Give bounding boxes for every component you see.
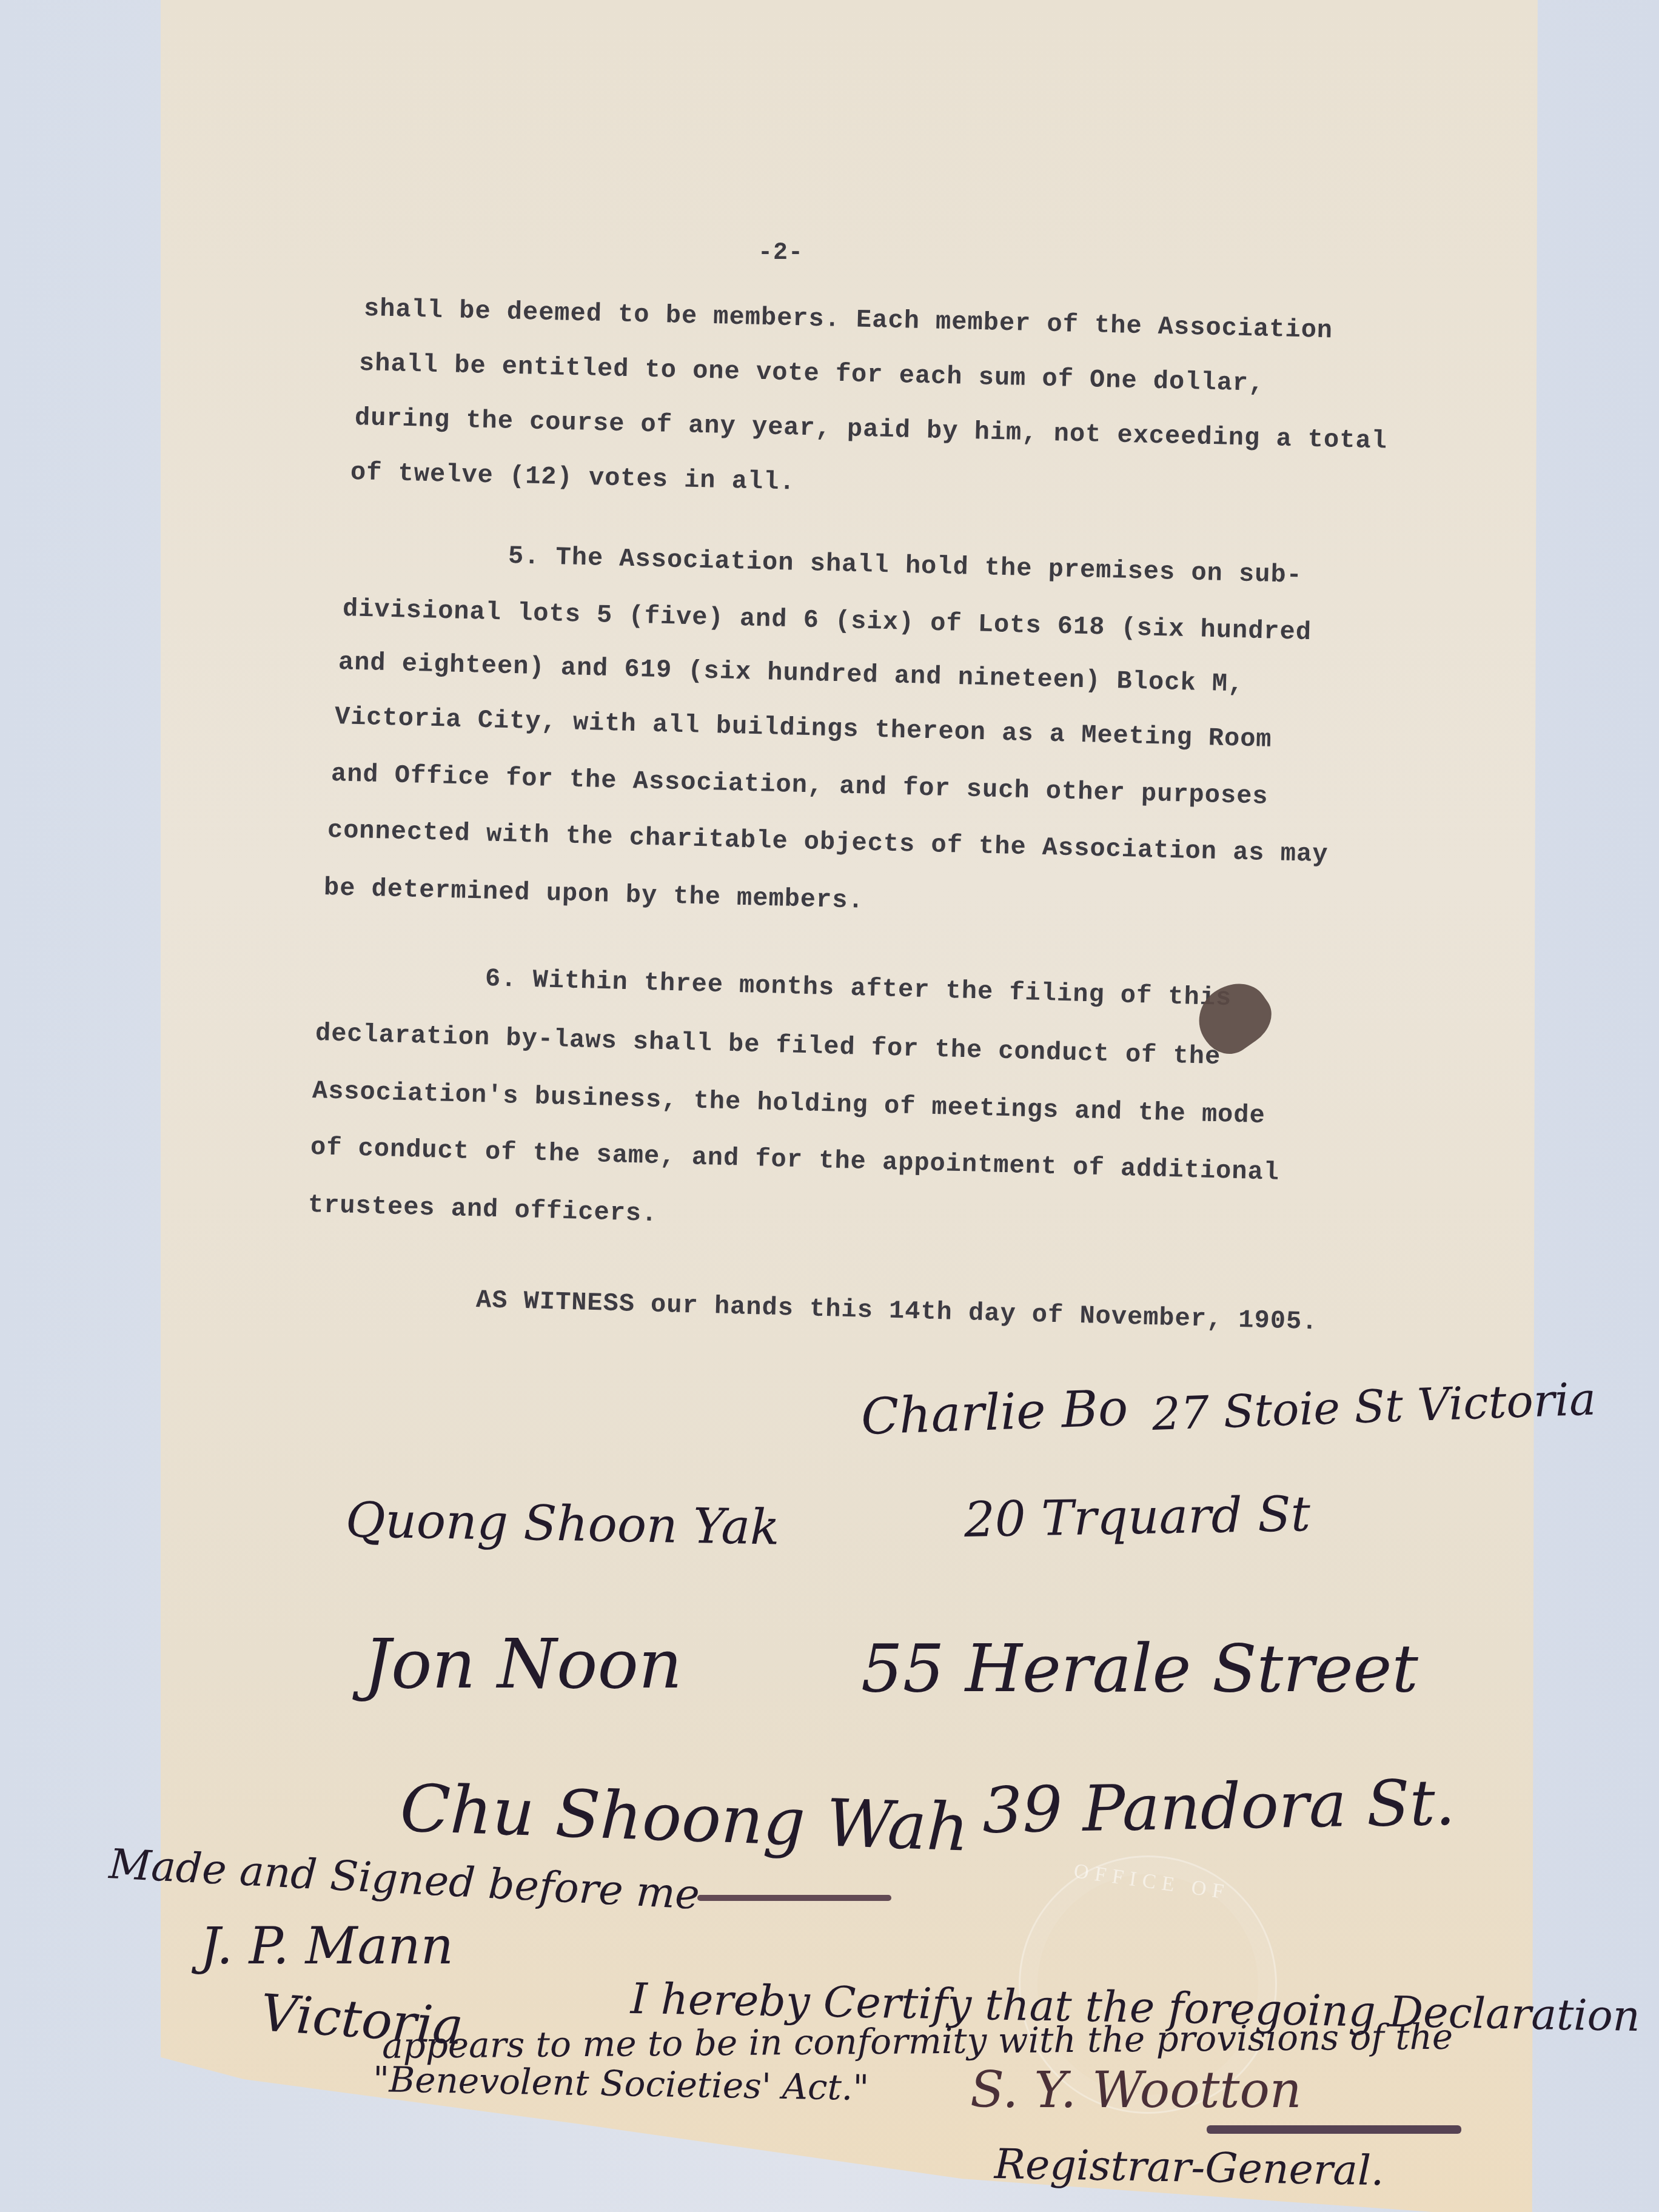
- signatory-address: 20 Trquard St: [964, 1486, 1311, 1548]
- signatory-name: Quong Shoon Yak: [345, 1492, 780, 1555]
- signatory-name: Charlie Bo: [860, 1379, 1128, 1446]
- signature-flourish: [1207, 2125, 1461, 2134]
- registrar-signature: S. Y. Wootton: [970, 2062, 1302, 2119]
- signatory-address: 39 Pandora St.: [982, 1765, 1456, 1848]
- signatory-name: Jon Noon: [364, 1625, 682, 1704]
- ink-stroke: [697, 1895, 891, 1901]
- witness-signature: J. P. Mann: [200, 1916, 454, 1976]
- registrar-title: Registrar-General.: [994, 2140, 1384, 2195]
- page-number: -2-: [758, 240, 803, 267]
- certification-line: "Benevolent Societies' Act.": [372, 2059, 869, 2108]
- signatory-address: 55 Herale Street: [861, 1631, 1418, 1707]
